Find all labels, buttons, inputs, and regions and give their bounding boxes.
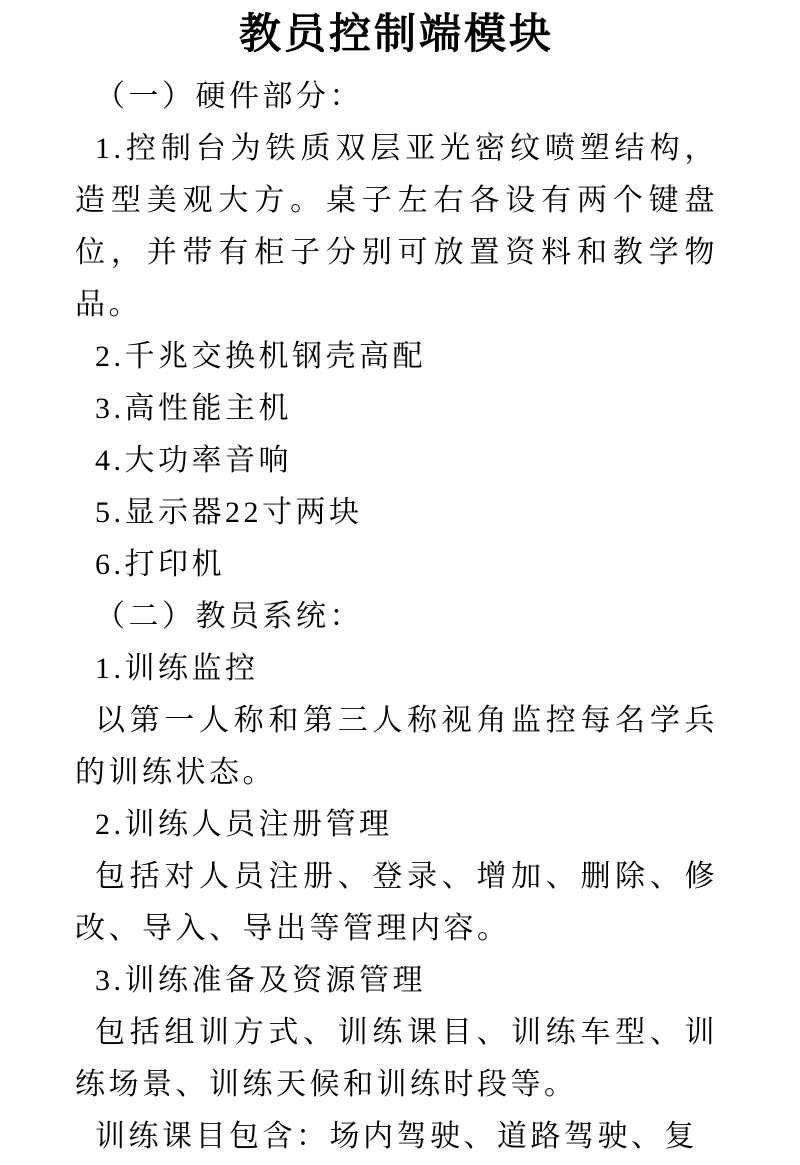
paragraph-hardware-item-6: 6.打印机 (75, 539, 718, 591)
paragraph-hardware-item-3: 3.高性能主机 (75, 383, 718, 435)
paragraph-system-item-1: 1.训练监控 (75, 643, 718, 695)
paragraph-system-item-1-desc: 以第一人称和第三人称视角监控每名学兵的训练状态。 (75, 695, 718, 799)
document-page: 教员控制端模块 （一）硬件部分： 1.控制台为铁质双层亚光密纹喷塑结构，造型美观… (0, 0, 800, 1165)
paragraph-system-item-2-desc: 包括对人员注册、登录、增加、删除、修改、导入、导出等管理内容。 (75, 851, 718, 955)
paragraph-hardware-item-5: 5.显示器22寸两块 (75, 487, 718, 539)
paragraph-system-item-2: 2.训练人员注册管理 (75, 799, 718, 851)
paragraph-section-1-heading: （一）硬件部分： (75, 71, 718, 123)
paragraph-section-2-heading: （二）教员系统： (75, 591, 718, 643)
paragraph-hardware-item-2: 2.千兆交换机钢壳高配 (75, 331, 718, 383)
paragraph-system-item-3-desc: 包括组训方式、训练课目、训练车型、训练场景、训练天候和训练时段等。 (75, 1007, 718, 1111)
paragraph-hardware-item-4: 4.大功率音响 (75, 435, 718, 487)
document-title: 教员控制端模块 (75, 6, 718, 62)
paragraph-system-item-3: 3.训练准备及资源管理 (75, 955, 718, 1007)
paragraph-hardware-item-1: 1.控制台为铁质双层亚光密纹喷塑结构，造型美观大方。桌子左右各设有两个键盘位，并… (75, 123, 718, 331)
paragraph-training-subjects-truncated: 训练课目包含：场内驾驶、道路驾驶、复 (75, 1111, 718, 1163)
